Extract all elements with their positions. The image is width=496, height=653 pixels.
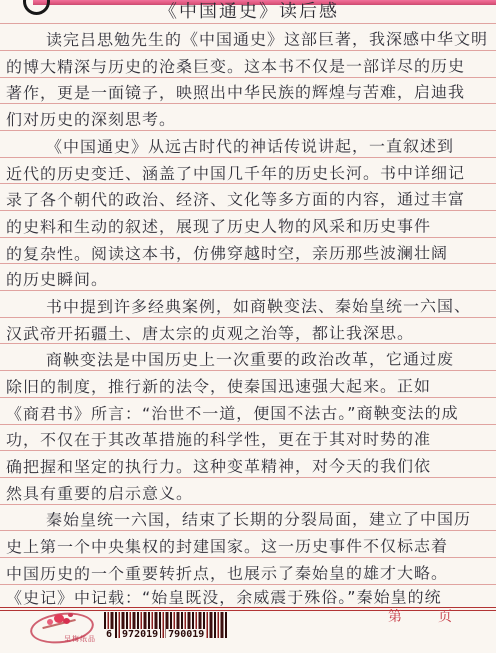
essay-line: 秦始皇统一六国，结束了长期的分裂局面，建立了中国历 bbox=[0, 505, 496, 532]
essay-line: 功，不仅在于其改革措施的科学性，更在于其对时势的准 bbox=[0, 425, 496, 452]
essay-line-text: 们对历史的深刻思考。 bbox=[6, 112, 176, 129]
essay-line-text: 然具有重要的启示意义。 bbox=[6, 486, 193, 503]
essay-line-text: 著作，更是一面镜子，映照出中华民族的辉煌与苦难，启迪我 bbox=[6, 85, 465, 103]
essay-line-text: 中国历史的一个重要转折点，也展示了秦始皇的雄才大略。 bbox=[6, 565, 448, 583]
page-number-label-di: 第 bbox=[388, 606, 402, 626]
essay-line-text: 除旧的制度，推行新的法令，使秦国迅速强大起来。正如 bbox=[6, 379, 431, 397]
essay-line: 然具有重要的启示意义。 bbox=[0, 478, 496, 505]
barcode-group1: 972019 bbox=[120, 629, 160, 640]
essay-line: 汉武帝开拓疆土、唐太宗的贞观之治等，都让我深思。 bbox=[0, 318, 496, 345]
brand-logo: 呈梅纸品 bbox=[30, 611, 96, 645]
page-footer: 呈梅纸品 6 972019 790019 第 页 bbox=[0, 604, 496, 653]
essay-line: 确把握和坚定的执行力。这种变革精神，对今天的我们依 bbox=[0, 451, 496, 478]
barcode-group2: 790019 bbox=[166, 629, 206, 640]
barcode-prefix: 6 bbox=[104, 629, 114, 640]
essay-line-text: 《商君书》所言：“治世不一道，便国不法古。”商鞅变法的成 bbox=[6, 405, 459, 423]
essay-line: 中国历史的一个重要转折点，也展示了秦始皇的雄才大略。 bbox=[0, 558, 496, 585]
essay-line: 的历史瞬间。 bbox=[0, 264, 496, 291]
plum-blossom-icon bbox=[68, 613, 73, 617]
essay-line: 史上第一个中央集权的封建国家。这一历史事件不仅标志着 bbox=[0, 531, 496, 558]
notebook-page: 《中国通史》读后感 读完吕思勉先生的《中国通史》这部巨著，我深感中华文明 的博大… bbox=[0, 0, 496, 653]
essay-line: 《中国通史》从远古时代的神话传说讲起，一直叙述到 bbox=[0, 131, 496, 158]
essay-line: 著作，更是一面镜子，映照出中华民族的辉煌与苦难，启迪我 bbox=[0, 78, 496, 105]
essay-line: 录了各个朝代的政治、经济、文化等多方面的内容，通过丰富 bbox=[0, 184, 496, 211]
essay-line-text: 汉武帝开拓疆土、唐太宗的贞观之治等，都让我深思。 bbox=[6, 325, 414, 343]
essay-line: 们对历史的深刻思考。 bbox=[0, 104, 496, 131]
essay-line-text: 史上第一个中央集权的封建国家。这一历史事件不仅标志着 bbox=[6, 539, 448, 557]
essay-line-text: 书中提到许多经典案例，如商鞅变法、秦始皇统一六国、 bbox=[6, 298, 471, 316]
essay-line-text: 功，不仅在于其改革措施的科学性，更在于其对时势的准 bbox=[6, 432, 431, 450]
barcode: 6 972019 790019 bbox=[104, 612, 228, 648]
essay-line-text: 读完吕思勉先生的《中国通史》这部巨著，我深感中华文明 bbox=[6, 32, 488, 50]
essay-line: 的博大精深与历史的沧桑巨变。这本书不仅是一部详尽的历史 bbox=[0, 51, 496, 78]
essay-line: 的史料和生动的叙述，展现了历史人物的风采和历史事件 bbox=[0, 211, 496, 238]
essay-line-text: 商鞅变法是中国历史上一次重要的政治改革，它通过废 bbox=[6, 352, 454, 370]
essay-line-text: 录了各个朝代的政治、经济、文化等多方面的内容，通过丰富 bbox=[6, 192, 465, 210]
plum-blossom-icon bbox=[47, 619, 53, 625]
brand-name: 呈梅纸品 bbox=[64, 634, 96, 644]
essay-line-text: 确把握和坚定的执行力。这种变革精神，对今天的我们依 bbox=[6, 459, 431, 477]
title-row: 《中国通史》读后感 bbox=[0, 0, 496, 24]
essay-line-text: 秦始皇统一六国，结束了长期的分裂局面，建立了中国历 bbox=[6, 512, 471, 530]
essay-line: 书中提到许多经典案例，如商鞅变法、秦始皇统一六国、 bbox=[0, 291, 496, 318]
essay-line: 的复杂性。阅读这本书，仿佛穿越时空，亲历那些波澜壮阔 bbox=[0, 238, 496, 265]
essay-line-text: 的复杂性。阅读这本书，仿佛穿越时空，亲历那些波澜壮阔 bbox=[6, 245, 448, 263]
essay-line: 除旧的制度，推行新的法令，使秦国迅速强大起来。正如 bbox=[0, 371, 496, 398]
essay-line: 《商君书》所言：“治世不一道，便国不法古。”商鞅变法的成 bbox=[0, 398, 496, 425]
essay-line-text: 的史料和生动的叙述，展现了历史人物的风采和历史事件 bbox=[6, 218, 431, 236]
essay-title: 《中国通史》读后感 bbox=[159, 3, 339, 22]
essay-line-text: 的博大精深与历史的沧桑巨变。这本书不仅是一部详尽的历史 bbox=[6, 58, 465, 76]
essay-line: 读完吕思勉先生的《中国通史》这部巨著，我深感中华文明 bbox=[0, 24, 496, 51]
essay-line-text: 《中国通史》从远古时代的神话传说讲起，一直叙述到 bbox=[6, 138, 454, 156]
essay-line: 近代的历史变迁、涵盖了中国几千年的历史长河。书中详细记 bbox=[0, 158, 496, 185]
barcode-digits: 6 972019 790019 bbox=[104, 629, 228, 640]
essay-line: 商鞅变法是中国历史上一次重要的政治改革，它通过废 bbox=[0, 344, 496, 371]
page-number-label-ye: 页 bbox=[438, 606, 452, 626]
ruled-area: 《中国通史》读后感 读完吕思勉先生的《中国通史》这部巨著，我深感中华文明 的博大… bbox=[0, 0, 496, 611]
plum-blossom-icon bbox=[63, 618, 70, 624]
essay-line-text: 的历史瞬间。 bbox=[6, 272, 108, 289]
essay-line-text: 近代的历史变迁、涵盖了中国几千年的历史长河。书中详细记 bbox=[6, 165, 465, 183]
